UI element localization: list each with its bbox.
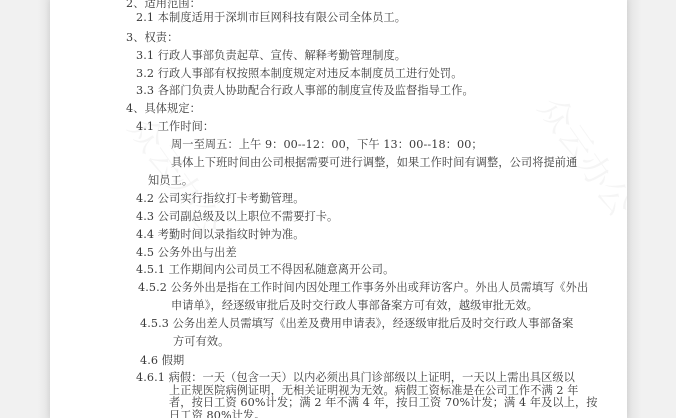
watermark: 众云办公: [529, 85, 627, 225]
document-line: 4、具体规定：: [126, 102, 201, 116]
document-line: 日工资 80%计发。: [169, 409, 266, 418]
document-line: 4.4 考勤时间以录指纹时钟为准。: [136, 228, 305, 242]
document-line: 2.1 本制度适用于深圳市巨网科技有限公司全体员工。: [136, 11, 406, 25]
page-shadow-right: [627, 0, 641, 418]
document-line: 3、权责：: [126, 31, 178, 45]
document-line: 4.5 公务外出与出差: [136, 246, 237, 260]
document-line: 4.5.1 工作期间内公司员工不得因私随意离开公司。: [136, 263, 394, 277]
document-line: 3.3 各部门负责人协助配合行政人事部的制度宣传及监督指导工作。: [136, 84, 474, 98]
document-page: 众云办公 众云办公 2、适用范围：2.1 本制度适用于深圳市巨网科技有限公司全体…: [50, 0, 627, 418]
page-shadow-left: [38, 0, 50, 418]
document-line: 4.6 假期: [140, 354, 184, 368]
document-line: 4.2 公司实行指纹打卡考勤管理。: [136, 192, 305, 206]
document-line: 2、适用范围：: [126, 0, 201, 11]
document-line: 4.1 工作时间：: [136, 120, 214, 134]
document-line: 知员工。: [148, 174, 193, 188]
document-line: 4.5.2 公务外出是指在工作时间内因处理工作事务外出或拜访客户。外出人员需填写…: [138, 281, 588, 295]
document-line: 4.3 公司副总级及以上职位不需要打卡。: [136, 210, 338, 224]
document-line: 4.5.3 公务出差人员需填写《出差及费用申请表》，经逐级审批后及时交行政人事部…: [140, 317, 573, 331]
document-line: 方可有效。: [173, 335, 229, 349]
document-line: 3.2 行政人事部有权按照本制度规定对违反本制度员工进行处罚。: [136, 67, 463, 81]
document-line: 3.1 行政人事部负责起草、宣传、解释考勤管理制度。: [136, 49, 406, 63]
document-line: 申请单》，经逐级审批后及时交行政人事部备案方可有效，越级审批无效。: [171, 299, 538, 313]
document-line: 具体上下班时间由公司根据需要可进行调整，如果工作时间有调整，公司将提前通: [171, 156, 577, 170]
document-line: 周一至周五：上午 9：00--12：00，下午 13：00--18：00；: [171, 138, 483, 152]
